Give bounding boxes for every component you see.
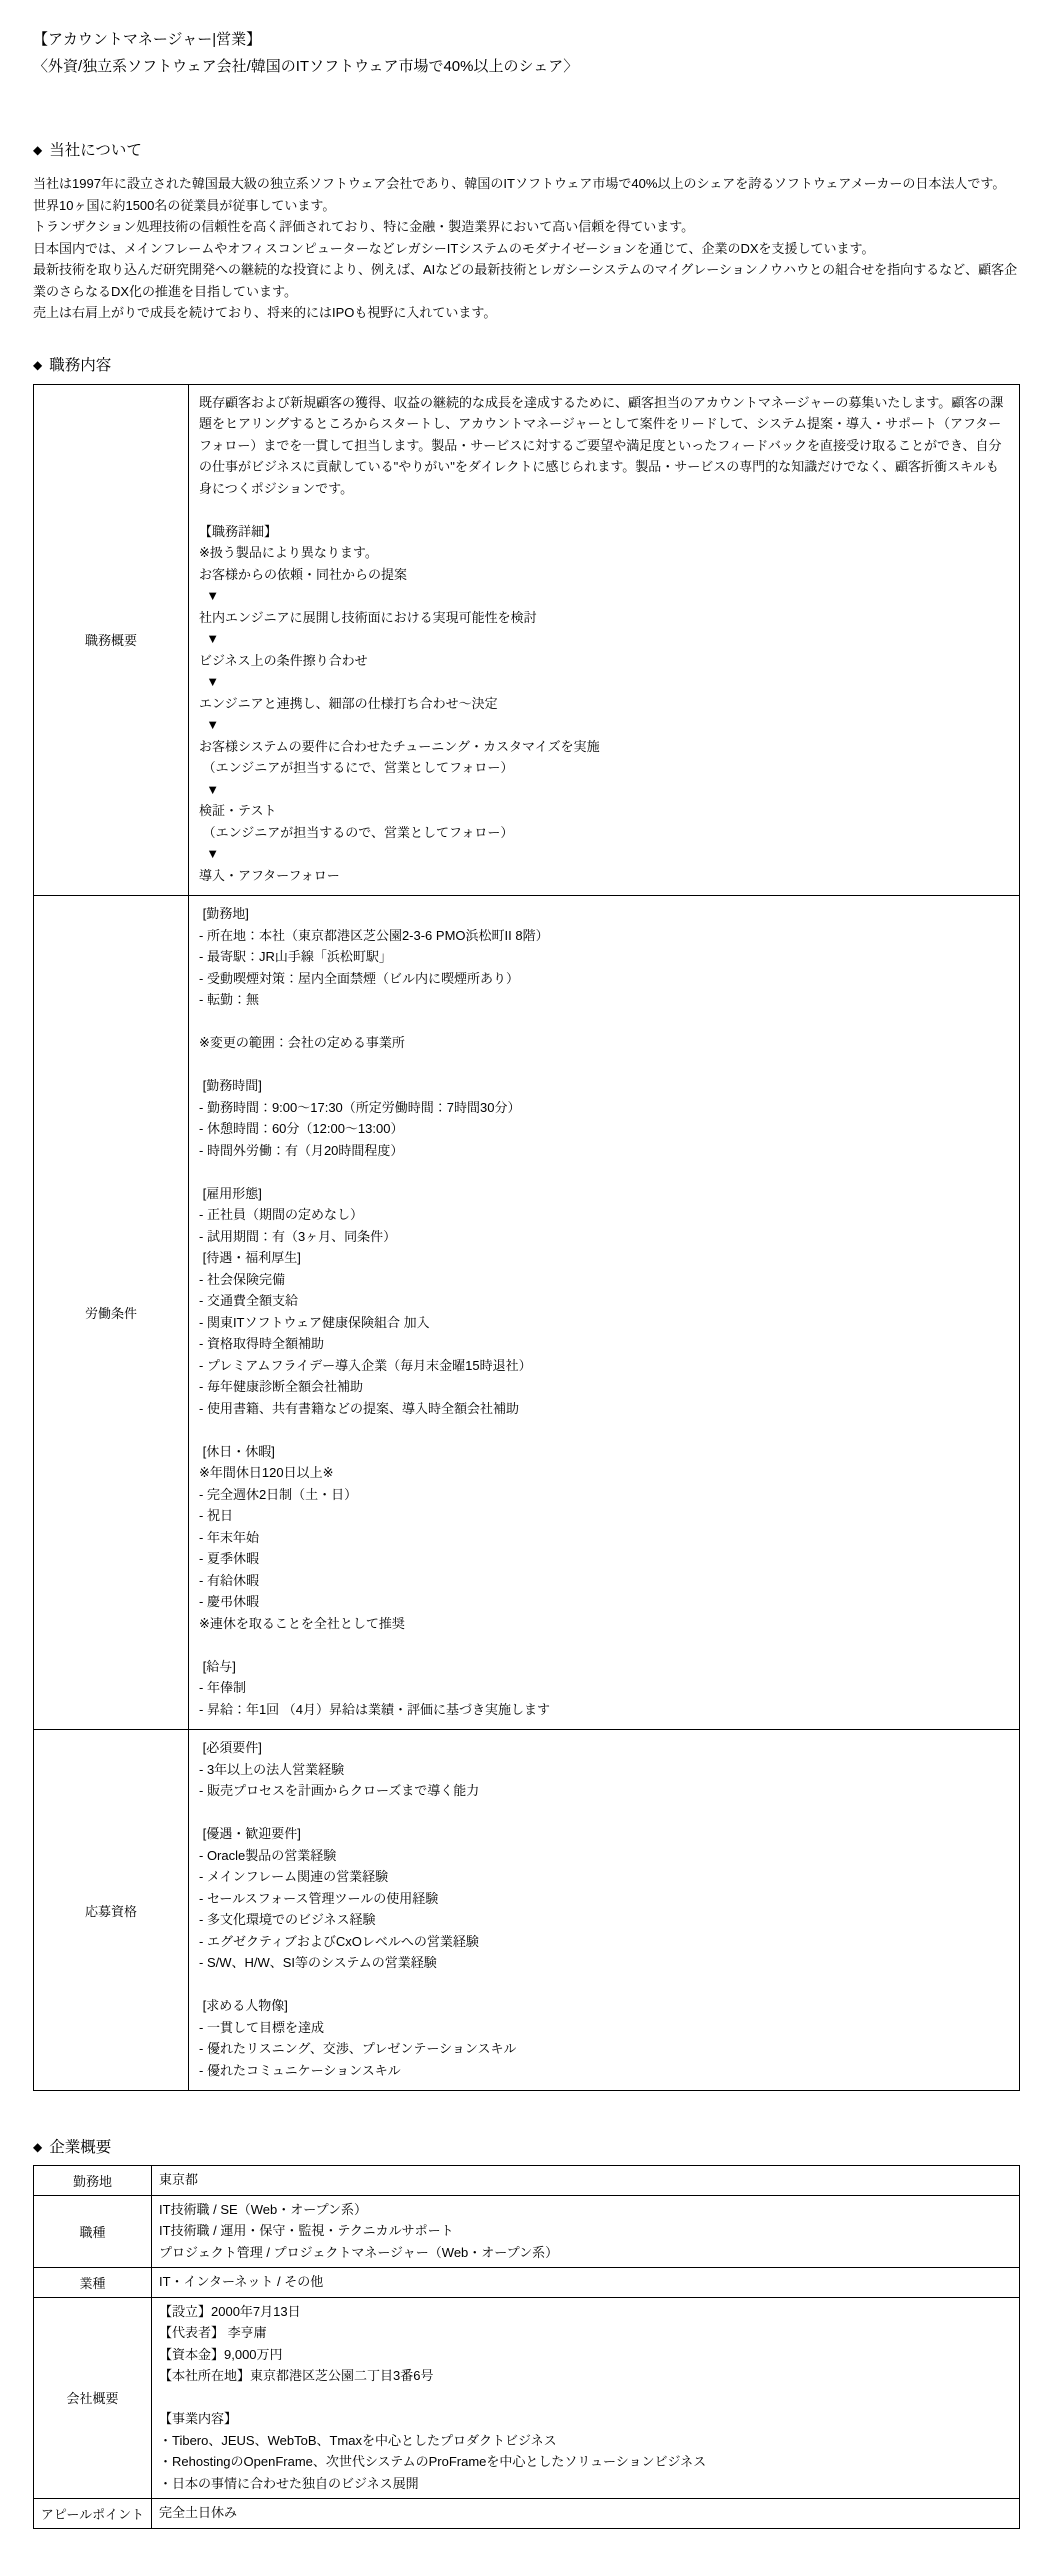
text-line [199, 1054, 1009, 1076]
text-line: - 転勤：無 [199, 989, 1009, 1011]
text-line: 【資本金】9,000万円 [159, 2344, 1012, 2366]
text-line: - 最寄駅：JR山手線「浜松町駅」 [199, 946, 1009, 968]
section-heading-company: ◆企業概要 [33, 2135, 1020, 2157]
job-posting-document: 【アカウントマネージャー|営業】 〈外資/独立系ソフトウェア会社/韓国のITソフ… [0, 0, 1053, 2541]
text-line: 【本社所在地】東京都港区芝公園二丁目3番6号 [159, 2365, 1012, 2387]
text-line: 当社は1997年に設立された韓国最大級の独立系ソフトウェア会社であり、韓国のIT… [33, 173, 1020, 195]
row-content: 既存顧客および新規顧客の獲得、収益の継続的な成長を達成するために、顧客担当のアカ… [189, 384, 1020, 896]
text-line: [勤務地] [199, 903, 1009, 925]
row-label: 労働条件 [34, 896, 189, 1730]
job-details-table: 職務概要既存顧客および新規顧客の獲得、収益の継続的な成長を達成するために、顧客担… [33, 384, 1020, 2092]
text-line: - 優れたコミュニケーションスキル [199, 2060, 1009, 2082]
row-content: IT技術職 / SE（Web・オープン系）IT技術職 / 運用・保守・監視・テク… [152, 2195, 1020, 2268]
text-line: 世界10ヶ国に約1500名の従業員が従事しています。 [33, 195, 1020, 217]
text-line: IT・インターネット / その他 [159, 2271, 1012, 2293]
row-label: 応募資格 [34, 1730, 189, 2091]
text-line: [給与] [199, 1656, 1009, 1678]
table-row: 職種IT技術職 / SE（Web・オープン系）IT技術職 / 運用・保守・監視・… [34, 2195, 1020, 2268]
company-overview-table: 勤務地東京都職種IT技術職 / SE（Web・オープン系）IT技術職 / 運用・… [33, 2165, 1020, 2529]
text-line: 検証・テスト [199, 800, 1009, 822]
text-line: ・Tibero、JEUS、WebToB、Tmaxを中心としたプロダクトビジネス [159, 2430, 1012, 2452]
table-row: 業種IT・インターネット / その他 [34, 2268, 1020, 2298]
text-line: - 時間外労働：有（月20時間程度） [199, 1140, 1009, 1162]
text-line: 既存顧客および新規顧客の獲得、収益の継続的な成長を達成するために、顧客担当のアカ… [199, 392, 1009, 500]
text-line [199, 1419, 1009, 1441]
text-line: - 昇給：年1回 （4月）昇給は業績・評価に基づき実施します [199, 1699, 1009, 1721]
text-line: ※変更の範囲：会社の定める事業所 [199, 1032, 1009, 1054]
table-row: 応募資格 [必須要件]- 3年以上の法人営業経験- 販売プロセスを計画からクロー… [34, 1730, 1020, 2091]
row-content: IT・インターネット / その他 [152, 2268, 1020, 2298]
table-row: 労働条件 [勤務地]- 所在地：本社（東京都港区芝公園2-3-6 PMO浜松町I… [34, 896, 1020, 1730]
text-line [199, 1161, 1009, 1183]
text-line: - 祝日 [199, 1505, 1009, 1527]
text-line: - 販売プロセスを計画からクローズまで導く能力 [199, 1780, 1009, 1802]
text-line: （エンジニアが担当するにで、営業としてフォロー） [199, 757, 1009, 779]
text-line: 最新技術を取り込んだ研究開発への継続的な投資により、例えば、AIなどの最新技術と… [33, 259, 1020, 302]
page-title: 【アカウントマネージャー|営業】 〈外資/独立系ソフトウェア会社/韓国のITソフ… [33, 26, 1020, 80]
row-label: 職種 [34, 2195, 152, 2268]
text-line: [待遇・福利厚生] [199, 1247, 1009, 1269]
text-line: - 資格取得時全額補助 [199, 1333, 1009, 1355]
text-line: プロジェクト管理 / プロジェクトマネージャー（Web・オープン系） [159, 2242, 1012, 2264]
text-line: - 休憩時間：60分（12:00～13:00） [199, 1118, 1009, 1140]
text-line: [優遇・歓迎要件] [199, 1823, 1009, 1845]
table-row: アピールポイント完全土日休み [34, 2499, 1020, 2529]
text-line: - 毎年健康診断全額会社補助 [199, 1376, 1009, 1398]
section-heading-about: ◆当社について [33, 138, 1020, 160]
text-line: 完全土日休み [159, 2502, 1012, 2524]
job-title-line: 【アカウントマネージャー|営業】 [33, 26, 1020, 53]
text-line [199, 1011, 1009, 1033]
text-line: - 社会保険完備 [199, 1269, 1009, 1291]
row-content: 東京都 [152, 2166, 1020, 2196]
text-line: ▼ [199, 585, 1009, 607]
text-line: 【代表者】 李亨庸 [159, 2322, 1012, 2344]
text-line: 東京都 [159, 2169, 1012, 2191]
table-row: 勤務地東京都 [34, 2166, 1020, 2196]
text-line: - メインフレーム関連の営業経験 [199, 1866, 1009, 1888]
text-line: - 夏季休暇 [199, 1548, 1009, 1570]
text-line: - 所在地：本社（東京都港区芝公園2-3-6 PMO浜松町II 8階） [199, 925, 1009, 947]
text-line: [休日・休暇] [199, 1441, 1009, 1463]
text-line: ▼ [199, 671, 1009, 693]
text-line: トランザクション処理技術の信頼性を高く評価されており、特に金融・製造業界において… [33, 216, 1020, 238]
text-line [199, 499, 1009, 521]
text-line: - 一貫して目標を達成 [199, 2017, 1009, 2039]
section-heading-job: ◆職務内容 [33, 353, 1020, 375]
job-subtitle-line: 〈外資/独立系ソフトウェア会社/韓国のITソフトウェア市場で40%以上のシェア〉 [33, 53, 1020, 80]
text-line: お客様システムの要件に合わせたチューニング・カスタマイズを実施 [199, 736, 1009, 758]
text-line: [雇用形態] [199, 1183, 1009, 1205]
table-row: 会社概要【設立】2000年7月13日【代表者】 李亨庸【資本金】9,000万円【… [34, 2297, 1020, 2499]
text-line: IT技術職 / 運用・保守・監視・テクニカルサポート [159, 2220, 1012, 2242]
row-content: [勤務地]- 所在地：本社（東京都港区芝公園2-3-6 PMO浜松町II 8階）… [189, 896, 1020, 1730]
text-line: ※年間休日120日以上※ [199, 1462, 1009, 1484]
row-label: 業種 [34, 2268, 152, 2298]
row-label: 会社概要 [34, 2297, 152, 2499]
row-label: 職務概要 [34, 384, 189, 896]
text-line: - S/W、H/W、SI等のシステムの営業経験 [199, 1952, 1009, 1974]
text-line: お客様からの依頼・同社からの提案 [199, 564, 1009, 586]
diamond-icon: ◆ [33, 358, 42, 372]
text-line: [勤務時間] [199, 1075, 1009, 1097]
text-line: - 試用期間：有（3ヶ月、同条件） [199, 1226, 1009, 1248]
text-line [159, 2387, 1012, 2409]
text-line: 売上は右肩上がりで成長を続けており、将来的にはIPOも視野に入れています。 [33, 302, 1020, 324]
row-content: 【設立】2000年7月13日【代表者】 李亨庸【資本金】9,000万円【本社所在… [152, 2297, 1020, 2499]
text-line: ・日本の事情に合わせた独自のビジネス展開 [159, 2473, 1012, 2495]
row-content: [必須要件]- 3年以上の法人営業経験- 販売プロセスを計画からクローズまで導く… [189, 1730, 1020, 2091]
text-line: - 年末年始 [199, 1527, 1009, 1549]
section-heading-job-text: 職務内容 [49, 357, 111, 374]
text-line: IT技術職 / SE（Web・オープン系） [159, 2199, 1012, 2221]
text-line [199, 1634, 1009, 1656]
text-line: - 使用書籍、共有書籍などの提案、導入時全額会社補助 [199, 1398, 1009, 1420]
text-line: 【設立】2000年7月13日 [159, 2301, 1012, 2323]
text-line: - 完全週休2日制（土・日） [199, 1484, 1009, 1506]
diamond-icon: ◆ [33, 2140, 42, 2154]
text-line: - セールスフォース管理ツールの使用経験 [199, 1888, 1009, 1910]
text-line: - 優れたリスニング、交渉、プレゼンテーションスキル [199, 2038, 1009, 2060]
text-line: 【職務詳細】 [199, 521, 1009, 543]
about-paragraphs: 当社は1997年に設立された韓国最大級の独立系ソフトウェア会社であり、韓国のIT… [33, 173, 1020, 324]
text-line: - 交通費全額支給 [199, 1290, 1009, 1312]
text-line: 導入・アフターフォロー [199, 865, 1009, 887]
text-line: エンジニアと連携し、細部の仕様打ち合わせ～決定 [199, 693, 1009, 715]
text-line: [求める人物像] [199, 1995, 1009, 2017]
text-line: 日本国内では、メインフレームやオフィスコンピューターなどレガシーITシステムのモ… [33, 238, 1020, 260]
text-line: ・RehostingのOpenFrame、次世代システムのProFrameを中心… [159, 2451, 1012, 2473]
text-line: ▼ [199, 628, 1009, 650]
text-line: 社内エンジニアに展開し技術面における実現可能性を検討 [199, 607, 1009, 629]
row-label: 勤務地 [34, 2166, 152, 2196]
text-line: 【事業内容】 [159, 2408, 1012, 2430]
section-heading-company-text: 企業概要 [49, 2139, 111, 2156]
job-posting-page: { "icons": { "diamond": "◆" }, "header":… [0, 0, 1053, 2541]
text-line: - 有給休暇 [199, 1570, 1009, 1592]
diamond-icon: ◆ [33, 143, 42, 157]
text-line: - 勤務時間：9:00～17:30（所定労働時間：7時間30分） [199, 1097, 1009, 1119]
text-line: - プレミアムフライデー導入企業（毎月末金曜15時退社） [199, 1355, 1009, 1377]
section-heading-about-text: 当社について [49, 142, 142, 159]
text-line: - Oracle製品の営業経験 [199, 1845, 1009, 1867]
text-line: - 受動喫煙対策：屋内全面禁煙（ビル内に喫煙所あり） [199, 968, 1009, 990]
text-line: - エグゼクティブおよびCxOレベルへの営業経験 [199, 1931, 1009, 1953]
table-row: 職務概要既存顧客および新規顧客の獲得、収益の継続的な成長を達成するために、顧客担… [34, 384, 1020, 896]
row-label: アピールポイント [34, 2499, 152, 2529]
text-line: - 年俸制 [199, 1677, 1009, 1699]
text-line: ※扱う製品により異なります。 [199, 542, 1009, 564]
text-line: - 3年以上の法人営業経験 [199, 1759, 1009, 1781]
text-line: - 正社員（期間の定めなし） [199, 1204, 1009, 1226]
text-line: - 慶弔休暇 [199, 1591, 1009, 1613]
text-line: ▼ [199, 714, 1009, 736]
text-line: [必須要件] [199, 1737, 1009, 1759]
text-line: - 関東ITソフトウェア健康保険組合 加入 [199, 1312, 1009, 1334]
text-line [199, 1802, 1009, 1824]
row-content: 完全土日休み [152, 2499, 1020, 2529]
text-line: ▼ [199, 843, 1009, 865]
text-line: （エンジニアが担当するので、営業としてフォロー） [199, 822, 1009, 844]
text-line: - 多文化環境でのビジネス経験 [199, 1909, 1009, 1931]
text-line [199, 1974, 1009, 1996]
text-line: ※連休を取ることを全社として推奨 [199, 1613, 1009, 1635]
text-line: ビジネス上の条件擦り合わせ [199, 650, 1009, 672]
text-line: ▼ [199, 779, 1009, 801]
